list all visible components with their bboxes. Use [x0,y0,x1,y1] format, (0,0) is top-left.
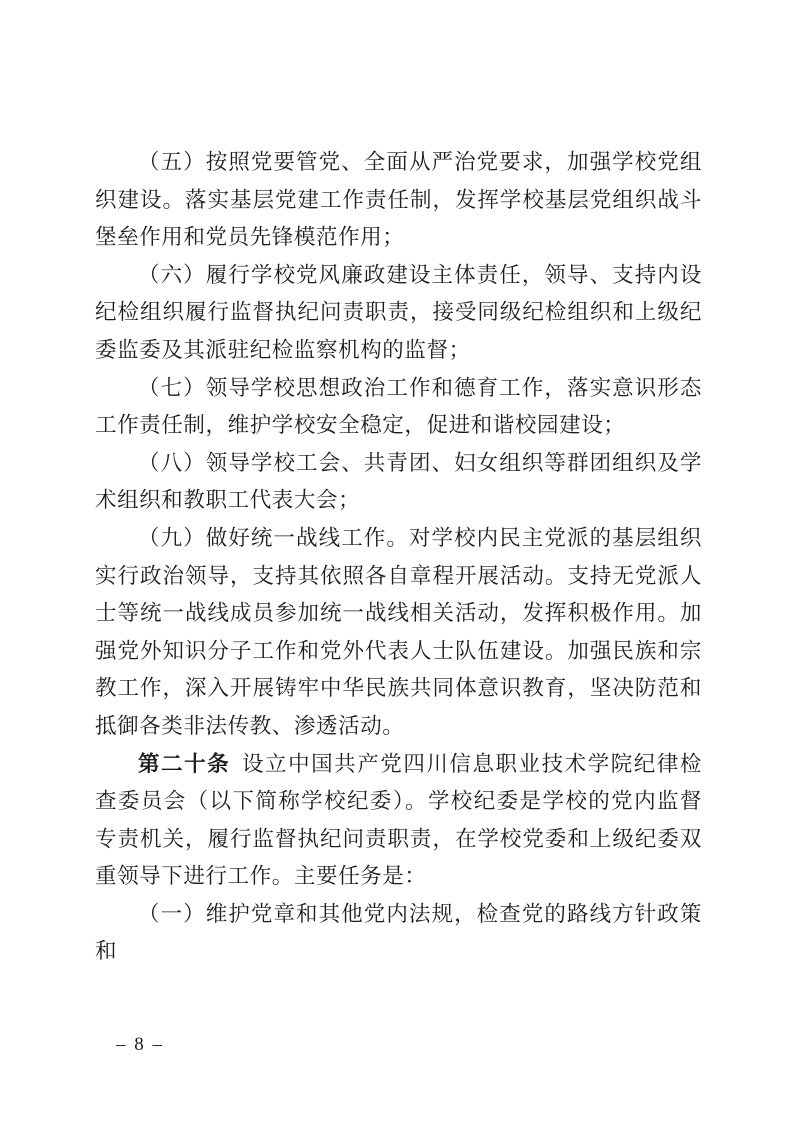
page-number: – 8 – [116,1034,164,1056]
body-paragraph-clause-6: （六）履行学校党风廉政建设主体责任，领导、支持内设纪检组织履行监督执纪问责职责，… [95,257,702,370]
body-paragraph-clause-5: （五）按照党要管党、全面从严治党要求，加强学校党组织建设。落实基层党建工作责任制… [95,144,702,257]
document-page: （五）按照党要管党、全面从严治党要求，加强学校党组织建设。落实基层党建工作责任制… [0,0,793,1122]
body-paragraph-clause-8: （八）领导学校工会、共青团、妇女组织等群团组织及学术组织和教职工代表大会； [95,445,702,520]
body-paragraph-clause-9: （九）做好统一战线工作。对学校内民主党派的基层组织实行政治领导，支持其依照各自章… [95,520,702,746]
document-body: （五）按照党要管党、全面从严治党要求，加强学校党组织建设。落实基层党建工作责任制… [95,144,702,971]
body-paragraph-article-20: 第二十条设立中国共产党四川信息职业技术学院纪律检查委员会（以下简称学校纪委）。学… [95,746,702,896]
body-paragraph-clause-1: （一）维护党章和其他党内法规，检查党的路线方针政策和 [95,896,702,971]
article-number-label: 第二十条 [138,752,230,776]
body-paragraph-clause-7: （七）领导学校思想政治工作和德育工作，落实意识形态工作责任制，维护学校安全稳定，… [95,370,702,445]
